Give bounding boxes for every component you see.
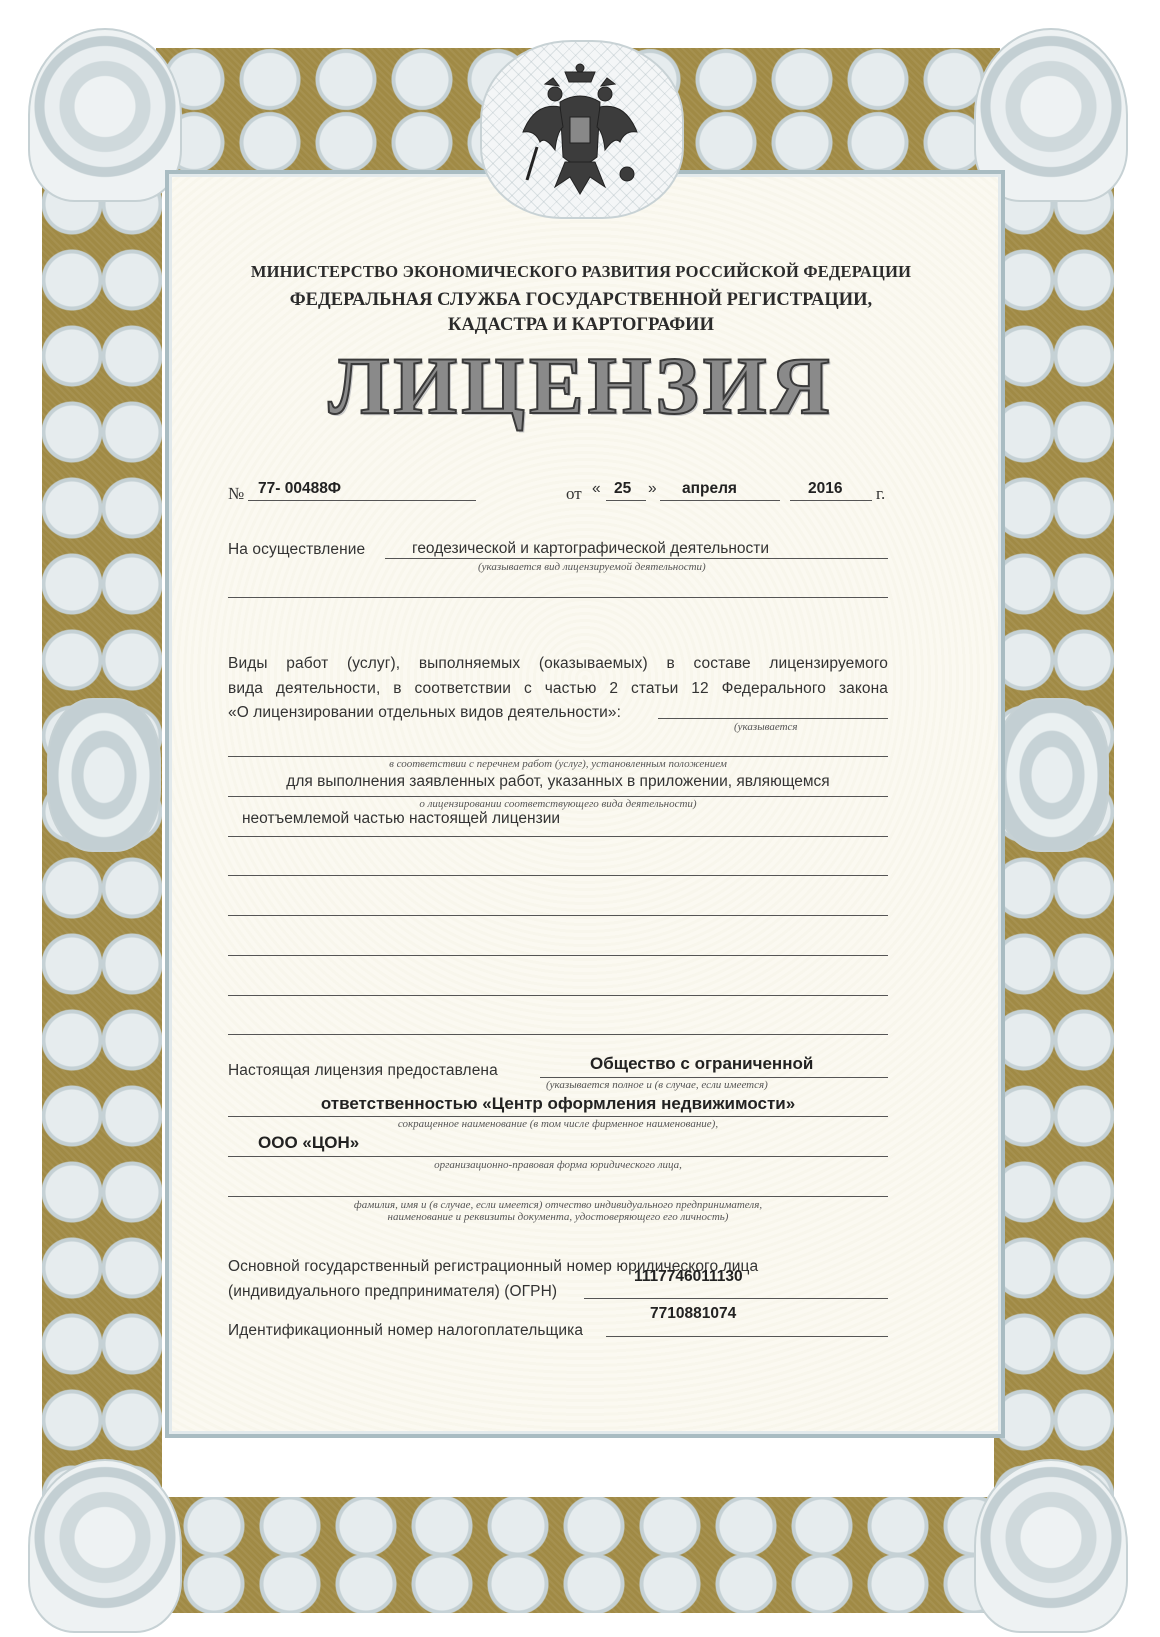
document-title: ЛИЦЕНЗИЯ: [165, 345, 997, 427]
ministry-name: МИНИСТЕРСТВО ЭКОНОМИЧЕСКОГО РАЗВИТИЯ РОС…: [165, 262, 997, 282]
ogrn-value: 1117746011130: [634, 1268, 743, 1286]
works-underline-2: [228, 756, 888, 757]
works-underline-9: [228, 1034, 888, 1035]
date-month: апреля: [682, 480, 737, 498]
licensee-underline-4: [228, 1196, 888, 1197]
works-value-1: для выполнения заявленных работ, указанн…: [228, 773, 888, 791]
works-underline-8: [228, 995, 888, 996]
activity-underline: [385, 558, 888, 559]
activity-hint: (указывается вид лицензируемой деятельно…: [478, 561, 706, 573]
works-underline-4: [228, 836, 888, 837]
licensee-underline-2: [228, 1116, 888, 1117]
works-underline-7: [228, 955, 888, 956]
double-headed-eagle-icon: [515, 62, 645, 202]
works-hint-2: в соответствии с перечнем работ (услуг),…: [228, 758, 888, 770]
licensee-underline-3: [228, 1156, 888, 1157]
works-underline-5: [228, 875, 888, 876]
side-medallion-left: [47, 698, 161, 852]
ogrn-label-line2: (индивидуального предпринимателя) (ОГРН): [228, 1283, 557, 1301]
year-underline: [790, 500, 872, 501]
licensee-hint-2: сокращенное наименование (в том числе фи…: [228, 1118, 888, 1130]
licensee-label: Настоящая лицензия предоставлена: [228, 1062, 498, 1080]
service-name-line1: ФЕДЕРАЛЬНАЯ СЛУЖБА ГОСУДАРСТВЕННОЙ РЕГИС…: [165, 290, 997, 311]
activity-value: геодезической и картографической деятель…: [412, 540, 769, 558]
licensee-hint-1: (указывается полное и (в случае, если им…: [546, 1079, 768, 1091]
ogrn-underline: [584, 1298, 888, 1299]
corner-ornament-top-left: [28, 28, 182, 202]
works-text-line2: вида деятельности, в соответствии с част…: [228, 680, 888, 698]
year-suffix: г.: [876, 484, 885, 504]
corner-ornament-bottom-right: [974, 1459, 1128, 1633]
licensee-hint-4: фамилия, имя и (в случае, если имеется) …: [228, 1199, 888, 1211]
date-year: 2016: [808, 480, 842, 498]
works-underline-3: [228, 796, 888, 797]
license-number: 77- 00488Ф: [258, 480, 341, 498]
works-value-2: неотъемлемой частью настоящей лицензии: [242, 810, 560, 828]
corner-ornament-bottom-left: [28, 1459, 182, 1633]
works-text-line3: «О лицензировании отдельных видов деятел…: [228, 704, 621, 722]
activity-label: На осуществление: [228, 541, 365, 559]
licensee-name-line2: ответственностью «Центр оформления недви…: [228, 1094, 888, 1114]
number-label: №: [228, 484, 244, 504]
border-bottom-band: [156, 1497, 1000, 1613]
works-underline-1: [658, 718, 888, 719]
inn-underline: [606, 1336, 888, 1337]
works-text-line1: Виды работ (услуг), выполняемых (оказыва…: [228, 655, 888, 673]
licensee-hint-3: организационно-правовая форма юридическо…: [228, 1159, 888, 1171]
side-medallion-right: [995, 698, 1109, 852]
service-name-line2: КАДАСТРА И КАРТОГРАФИИ: [165, 315, 997, 336]
date-label: от: [566, 484, 582, 504]
day-underline: [606, 500, 646, 501]
works-underline-6: [228, 915, 888, 916]
licensee-name-line1: Общество с ограниченной: [590, 1054, 813, 1074]
quote-close: »: [648, 480, 657, 498]
quote-open: «: [592, 480, 601, 498]
licensee-underline-1: [540, 1077, 888, 1078]
month-underline: [660, 500, 780, 501]
licensee-short-name: ООО «ЦОН»: [258, 1133, 359, 1153]
activity-extra-line: [228, 597, 888, 598]
works-hint-3: о лицензировании соответствующего вида д…: [228, 798, 888, 810]
date-day: 25: [614, 480, 631, 498]
inn-label: Идентификационный номер налогоплательщик…: [228, 1322, 583, 1340]
licensee-hint-5: наименование и реквизиты документа, удос…: [228, 1211, 888, 1223]
number-underline: [248, 500, 476, 501]
works-hint-1: (указывается: [734, 721, 798, 733]
inn-value: 7710881074: [650, 1305, 736, 1323]
